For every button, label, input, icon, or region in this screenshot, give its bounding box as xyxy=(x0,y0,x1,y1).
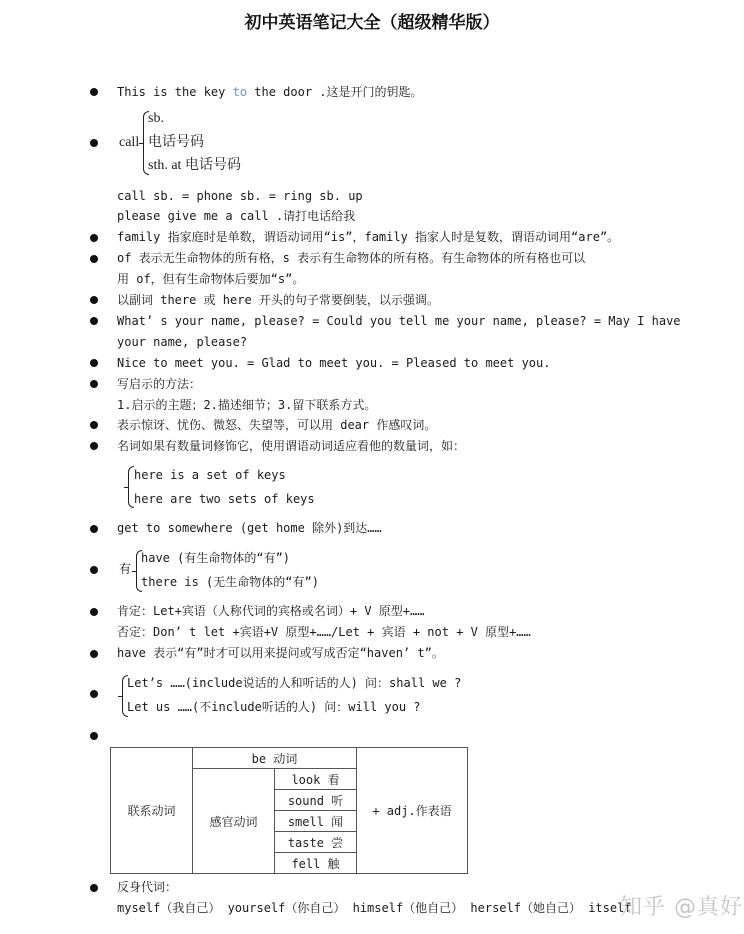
bullet xyxy=(90,317,98,325)
call-option: 电话号码 xyxy=(148,132,204,153)
call-head: call xyxy=(119,132,139,153)
sense-verb: taste 尝 xyxy=(275,832,357,853)
bullet xyxy=(90,380,98,388)
have-negative-note: have 表示“有”时才可以用来提问或写成否定“haven’ t”。 xyxy=(117,643,444,664)
bullet xyxy=(90,442,98,450)
bullet xyxy=(90,650,98,658)
sense-verb: look 看 xyxy=(275,769,357,790)
bullet xyxy=(90,139,98,147)
reflexive-list: myself（我自己） yourself（你自己） himself（他自己） h… xyxy=(117,898,632,919)
sense-verb-label: 感官动词 xyxy=(193,769,275,874)
bullet xyxy=(90,732,98,740)
let-negative: 否定：Don’ t let +宾语+V 原型+……/Let + 宾语 + not… xyxy=(117,622,531,643)
of-note-line1: of 表示无生命物体的所有格，s 表示有生命物体的所有格。有生命物体的所有格也可… xyxy=(117,248,585,269)
keys-example: here is a set of keys xyxy=(134,465,286,486)
sense-verb: sound 听 xyxy=(275,790,357,811)
notice-steps: 1.启示的主题；2.描述细节；3.留下联系方式。 xyxy=(117,395,376,416)
bullet xyxy=(90,234,98,242)
bullet xyxy=(90,525,98,533)
bullet xyxy=(90,566,98,574)
bullet xyxy=(90,884,98,892)
nice-note: Nice to meet you. = Glad to meet you. = … xyxy=(117,353,550,374)
call-equivalents: call sb. = phone sb. = ring sb. up xyxy=(117,186,363,207)
of-note-line2: 用 of，但有生命物体后要加“s”。 xyxy=(117,269,304,290)
let-positive: 肯定：Let+宾语（人称代词的宾格或名词）+ V 原型+…… xyxy=(117,601,424,622)
sense-verb: fell 触 xyxy=(275,853,357,874)
get-to-note: get to somewhere (get home 除外)到达…… xyxy=(117,518,382,539)
key-pre: This is the key xyxy=(117,85,233,99)
lets-option: Let us ……(不include听话的人) 问：will you ? xyxy=(127,697,421,718)
result-cell: + adj.作表语 xyxy=(357,748,468,874)
watermark: 知乎 @真好学姐 xyxy=(620,890,744,921)
have-option: there is (无生命物体的“有”) xyxy=(141,572,319,593)
call-option: sth. at 电话号码 xyxy=(148,155,241,176)
bullet xyxy=(90,255,98,263)
name-note-line2: your name, please? xyxy=(117,332,247,353)
bullet xyxy=(90,690,98,698)
bullet xyxy=(90,421,98,429)
document-title: 初中英语笔记大全（超级精华版） xyxy=(0,8,744,33)
bullet xyxy=(90,88,98,96)
key-post: the door .这是开门的钥匙。 xyxy=(247,85,422,99)
noun-note: 名词如果有数量词修饰它，使用谓语动词适应看他的数量词，如： xyxy=(117,436,465,457)
bullet xyxy=(90,359,98,367)
key-accent-word: to xyxy=(233,85,247,99)
be-verb-cell: be 动词 xyxy=(193,748,357,769)
lets-option: Let’s ……(include说话的人和听话的人) 问：shall we ? xyxy=(127,673,461,694)
call-option: sb. xyxy=(148,108,164,129)
have-option: have (有生命物体的“有”) xyxy=(141,548,290,569)
linking-verb-label: 联系动词 xyxy=(111,748,193,874)
keys-example: here are two sets of keys xyxy=(134,489,315,510)
notice-title: 写启示的方法： xyxy=(117,374,201,395)
there-note: 以副词 there 或 here 开头的句子常要倒装，以示强调。 xyxy=(117,290,439,311)
key-sentence: This is the key to the door .这是开门的钥匙。 xyxy=(117,82,423,103)
reflexive-title: 反身代词： xyxy=(117,877,177,898)
family-note: family 指家庭时是单数，谓语动词用“is”，family 指家人时是复数，… xyxy=(117,227,619,248)
dear-note: 表示惊讶、忧伤、微怒、失望等，可以用 dear 作感叹词。 xyxy=(117,415,436,436)
bullet xyxy=(90,296,98,304)
bullet xyxy=(90,608,98,616)
sense-verb: smell 闻 xyxy=(275,811,357,832)
linking-verb-table: 联系动词 be 动词 + adj.作表语 感官动词 look 看 sound 听… xyxy=(110,747,468,874)
have-head: 有 xyxy=(119,559,131,580)
name-note-line1: What’ s your name, please? = Could you t… xyxy=(117,311,681,332)
call-example: please give me a call .请打电话给我 xyxy=(117,206,355,227)
